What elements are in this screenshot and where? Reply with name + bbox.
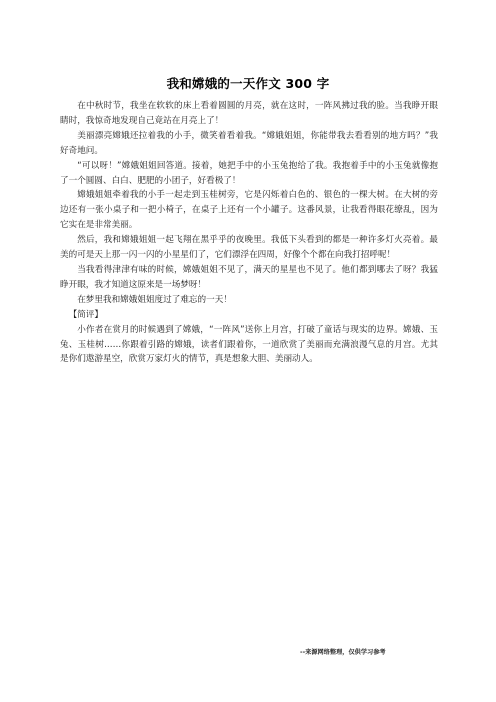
source-note: --来源网络整理，仅供学习参考 <box>300 647 386 656</box>
essay-paragraph: 美丽漂亮嫦娥还拉着我的小手，微笑着看着我。“嫦娥姐姐，你能带我去看看别的地方吗？… <box>60 129 438 159</box>
essay-paragraph: 然后，我和嫦娥姐姐一起飞翔在黑乎乎的夜晚里。我低下头看到的都是一种许多灯火亮着。… <box>60 233 438 263</box>
essay-title: 我和嫦娥的一天作文 300 字 <box>0 74 496 92</box>
review-heading: 【简评】 <box>60 308 438 323</box>
essay-paragraph: “可以呀！”嫦娥姐姐回答道。接着，她把手中的小玉兔抱给了我。我抱着手中的小玉兔就… <box>60 159 438 189</box>
essay-paragraph: 在梦里我和嫦娥姐姐度过了难忘的一天！ <box>60 293 438 308</box>
review-paragraph: 小作者在赏月的时候遇到了嫦娥，“一阵风”送你上月宫，打破了童话与现实的边界。嫦娥… <box>60 323 438 368</box>
essay-body: 在中秋时节，我坐在软软的床上看着圆圆的月亮，就在这时，一阵风拂过我的脸。当我睁开… <box>60 99 438 367</box>
document-page: 我和嫦娥的一天作文 300 字 在中秋时节，我坐在软软的床上看着圆圆的月亮，就在… <box>0 0 496 702</box>
essay-paragraph: 在中秋时节，我坐在软软的床上看着圆圆的月亮，就在这时，一阵风拂过我的脸。当我睁开… <box>60 99 438 129</box>
essay-paragraph: 嫦娥姐姐牵着我的小手一起走到玉桂树旁，它是闪烁着白色的、银色的一棵大树。在大树的… <box>60 188 438 233</box>
essay-paragraph: 当我看得津津有味的时候，嫦娥姐姐不见了，满天的星星也不见了。他们都到哪去了呀？我… <box>60 263 438 293</box>
